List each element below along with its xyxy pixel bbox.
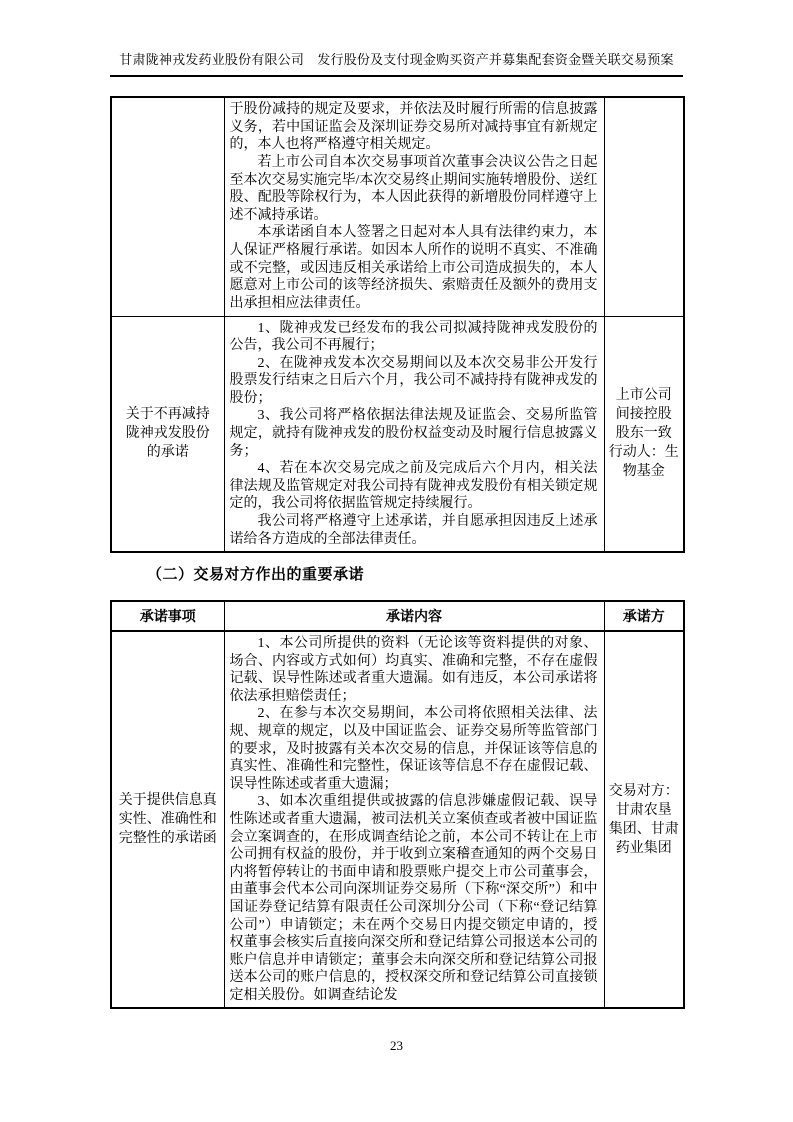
page-number: 23 <box>0 1038 793 1054</box>
commitment-party-cell: 上市公司 间接控股 股东一致 行动人：生 物基金 <box>604 316 684 552</box>
table-row: 于股份减持的规定及要求，并依法及时履行所需的信息披露义务，若中国证监会及深圳证券… <box>111 97 684 316</box>
column-header-commitment-party: 承诺方 <box>604 601 684 631</box>
column-header-commitment-content: 承诺内容 <box>224 601 604 631</box>
commitment-paragraph: 我公司将严格遵守上述承诺，并自愿承担因违反上述承诺给各方造成的全部法律责任。 <box>230 513 598 548</box>
commitment-paragraph: 1、本公司所提供的资料（无论该等资料提供的对象、场合、内容或方式如何）均真实、准… <box>230 635 598 705</box>
commitment-party-cell: 交易对方： 甘肃农垦 集团、甘肃 药业集团 <box>604 631 684 1008</box>
commitment-paragraph: 本承诺函自本人签署之日起对本人具有法律约束力，本人保证严格履行承诺。如因本人所作… <box>230 224 598 312</box>
table-header-row: 承诺事项 承诺内容 承诺方 <box>111 601 684 631</box>
commitment-item-cell: 关于提供信息真 实性、准确性和 完整性的承诺函 <box>111 631 224 1008</box>
commitment-item-cell <box>111 97 224 316</box>
counterparty-commitments-table: 承诺事项 承诺内容 承诺方 关于提供信息真 实性、准确性和 完整性的承诺函 1、… <box>110 600 685 1009</box>
table-row: 关于提供信息真 实性、准确性和 完整性的承诺函 1、本公司所提供的资料（无论该等… <box>111 631 684 1008</box>
commitment-paragraph: 2、在参与本次交易期间，本公司将依照相关法律、法规、规章的规定，以及中国证监会、… <box>230 705 598 793</box>
column-header-commitment-item: 承诺事项 <box>111 601 224 631</box>
commitment-paragraph: 若上市公司自本次交易事项首次董事会决议公告之日起至本次交易实施完毕/本次交易终止… <box>230 154 598 224</box>
commitment-paragraph: 4、若在本次交易完成之前及完成后六个月内，相关法律法规及监管规定对我公司持有陇神… <box>230 460 598 513</box>
document-page: 甘肃陇神戎发药业股份有限公司 发行股份及支付现金购买资产并募集配套资金暨关联交易… <box>0 0 793 1122</box>
commitment-paragraph: 2、在陇神戎发本次交易期间以及本次交易非公开发行股票发行结束之日后六个月，我公司… <box>230 355 598 408</box>
table-row: 关于不再减持 陇神戎发股份 的承诺 1、陇神戎发已经发布的我公司拟减持陇神戎发股… <box>111 316 684 552</box>
section-heading: （二）交易对方作出的重要承诺 <box>110 563 720 584</box>
page-header: 甘肃陇神戎发药业股份有限公司 发行股份及支付现金购买资产并募集配套资金暨关联交易… <box>110 0 683 77</box>
commitment-content-cell: 于股份减持的规定及要求，并依法及时履行所需的信息披露义务，若中国证监会及深圳证券… <box>224 97 604 316</box>
commitment-paragraph: 3、如本次重组提供或披露的信息涉嫌虚假记载、误导性陈述或者重大遗漏，被司法机关立… <box>230 793 598 1004</box>
commitment-paragraph: 于股份减持的规定及要求，并依法及时履行所需的信息披露义务，若中国证监会及深圳证券… <box>230 101 598 154</box>
upstream-commitments-table-continued: 于股份减持的规定及要求，并依法及时履行所需的信息披露义务，若中国证监会及深圳证券… <box>110 96 685 553</box>
commitment-paragraph: 1、陇神戎发已经发布的我公司拟减持陇神戎发股份的公告，我公司不再履行； <box>230 320 598 355</box>
commitment-content-cell: 1、本公司所提供的资料（无论该等资料提供的对象、场合、内容或方式如何）均真实、准… <box>224 631 604 1008</box>
commitment-party-cell <box>604 97 684 316</box>
commitment-paragraph: 3、我公司将严格依据法律法规及证监会、交易所监管规定，就持有陇神戎发的股份权益变… <box>230 407 598 460</box>
commitment-item-cell: 关于不再减持 陇神戎发股份 的承诺 <box>111 316 224 552</box>
commitment-content-cell: 1、陇神戎发已经发布的我公司拟减持陇神戎发股份的公告，我公司不再履行； 2、在陇… <box>224 316 604 552</box>
